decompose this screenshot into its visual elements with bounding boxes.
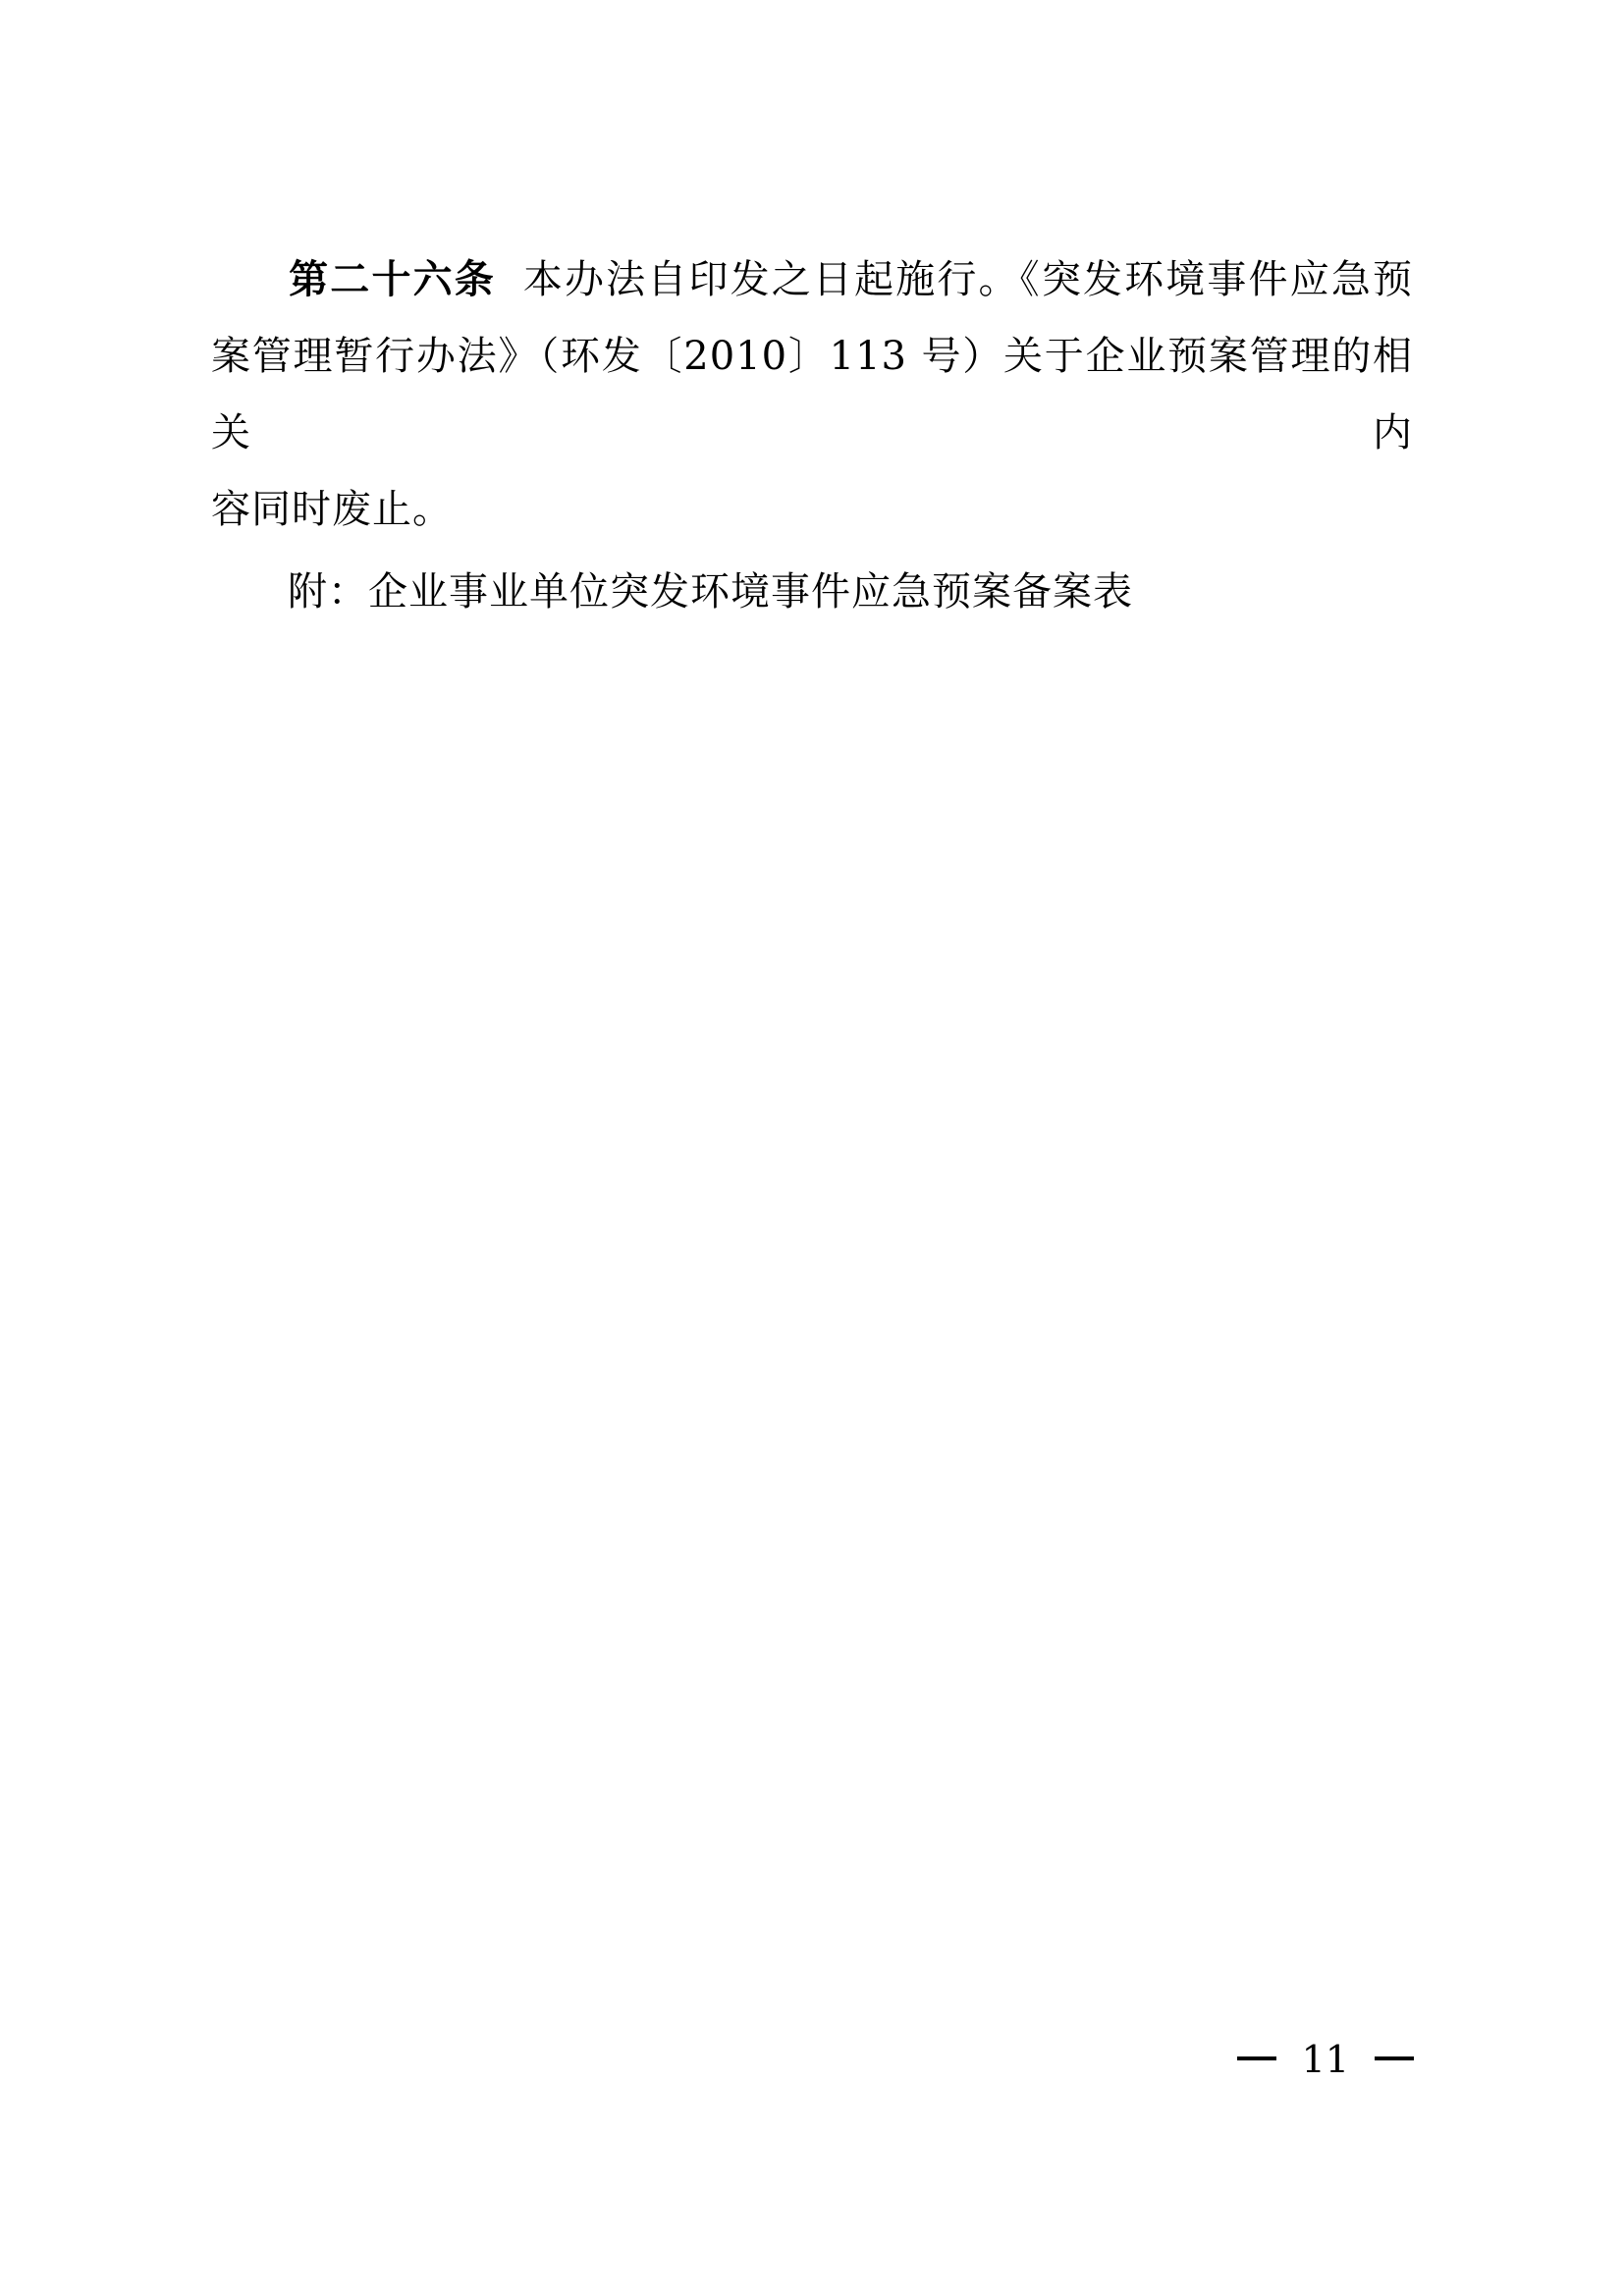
paragraph-line-1: 第二十六条本办法自印发之日起施行。《突发环境事件应急预 — [211, 241, 1413, 318]
attachment-note: 附：企业事业单位突发环境事件应急预案备案表 — [211, 554, 1413, 630]
paragraph-line-3: 容同时废止。 — [211, 471, 1413, 548]
document-page: 第二十六条本办法自印发之日起施行。《突发环境事件应急预 案管理暂行办法》（环发〔… — [0, 0, 1624, 2296]
page-number-value: 11 — [1302, 2038, 1349, 2081]
paragraph-line-2: 案管理暂行办法》（环发〔2010〕113 号）关于企业预案管理的相关内 — [211, 318, 1413, 471]
page-number-right-dash-icon — [1375, 2056, 1414, 2060]
first-line-indent — [211, 292, 288, 293]
page-number: 11 — [1237, 2038, 1414, 2081]
article-number-heading: 第二十六条 — [288, 256, 496, 302]
article-paragraph: 第二十六条本办法自印发之日起施行。《突发环境事件应急预 案管理暂行办法》（环发〔… — [211, 241, 1413, 548]
page-number-left-dash-icon — [1237, 2056, 1276, 2060]
paragraph-line-1-text: 本办法自印发之日起施行。《突发环境事件应急预 — [523, 257, 1413, 302]
